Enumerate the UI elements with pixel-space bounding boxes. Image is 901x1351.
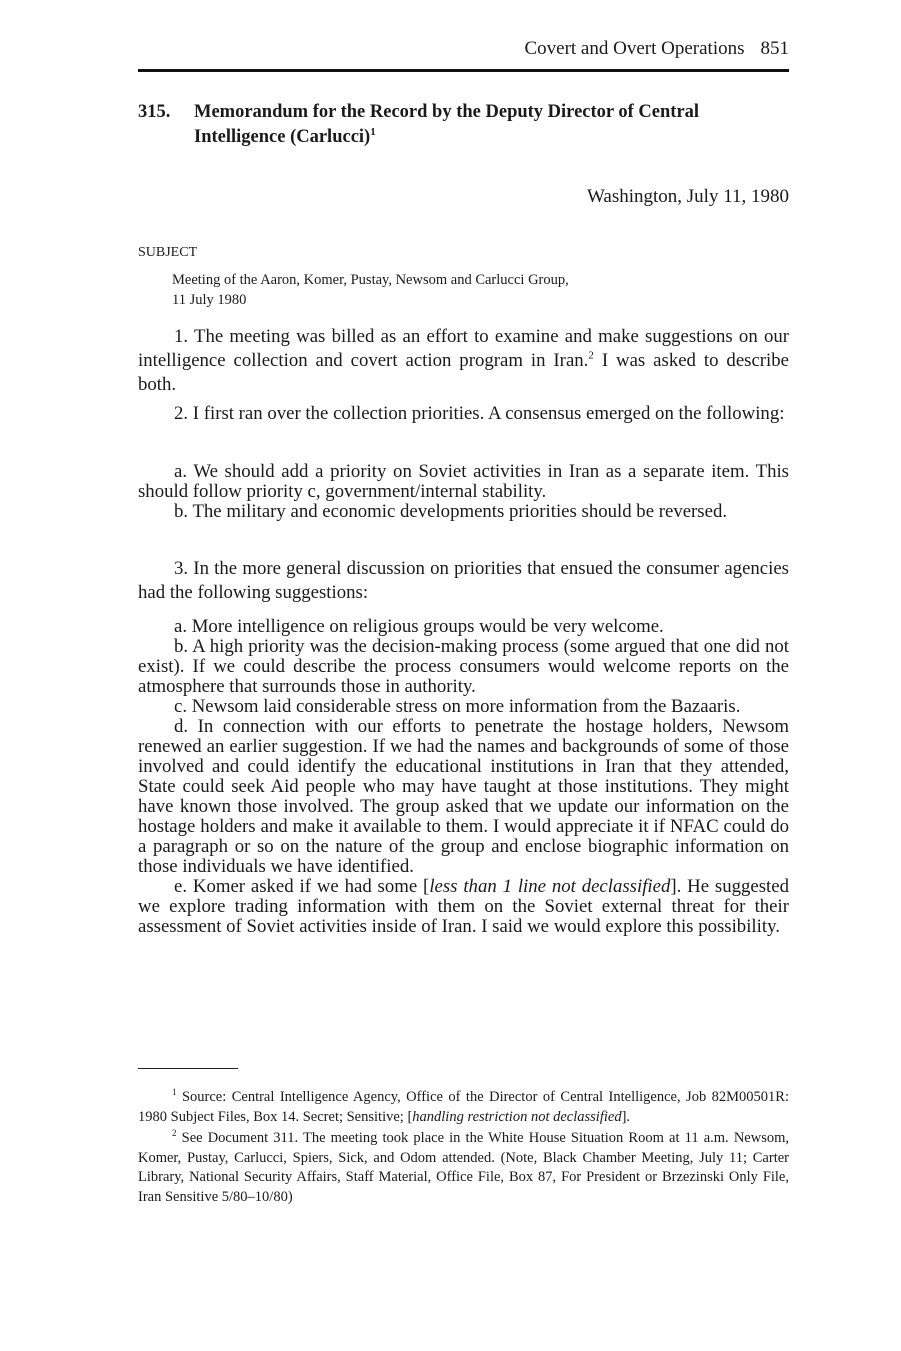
footnotes: 1 Source: Central Intelligence Agency, O… — [138, 1088, 789, 1209]
paragraph-3b: b. A high priority was the decision-maki… — [138, 637, 789, 697]
subject-line-1: Meeting of the Aaron, Komer, Pustay, New… — [172, 270, 772, 290]
subject-text: Meeting of the Aaron, Komer, Pustay, New… — [172, 270, 772, 310]
paragraph-2a: a. We should add a priority on Soviet ac… — [138, 462, 789, 502]
page-number: 851 — [761, 38, 790, 59]
dateline: Washington, July 11, 1980 — [587, 186, 789, 208]
paragraph-2: 2. I first ran over the collection prior… — [138, 402, 789, 426]
document-title-text: Memorandum for the Record by the Deputy … — [194, 102, 699, 147]
paragraph-3e: e. Komer asked if we had some [less than… — [138, 877, 789, 937]
subject-label: SUBJECT — [138, 245, 197, 261]
paragraph-3c: c. Newsom laid considerable stress on mo… — [138, 697, 789, 717]
paragraph-1: 1. The meeting was billed as an effort t… — [138, 325, 789, 397]
footnote-rule — [138, 1068, 238, 1069]
paragraph-3d: d. In connection with our efforts to pen… — [138, 717, 789, 877]
header-rule — [138, 69, 789, 72]
footnote-ref-1[interactable]: 1 — [370, 126, 376, 138]
paragraph-3: 3. In the more general discussion on pri… — [138, 557, 789, 605]
redaction-note: less than 1 line not declassified — [429, 876, 670, 897]
footnote-2: 2 See Document 311. The meeting took pla… — [138, 1129, 789, 1207]
paragraph-2b: b. The military and economic development… — [138, 502, 789, 522]
paragraph-3a: a. More intelligence on religious groups… — [138, 617, 789, 637]
paragraph-3-items: a. More intelligence on religious groups… — [138, 617, 789, 937]
running-header: Covert and Overt Operations851 — [524, 38, 789, 60]
document-number: 315. — [138, 100, 170, 125]
subject-line-2: 11 July 1980 — [172, 290, 772, 310]
document-title: 315. Memorandum for the Record by the De… — [138, 100, 789, 150]
running-title: Covert and Overt Operations — [524, 38, 744, 59]
paragraph-2-items: a. We should add a priority on Soviet ac… — [138, 462, 789, 522]
footnote-1: 1 Source: Central Intelligence Agency, O… — [138, 1088, 789, 1127]
